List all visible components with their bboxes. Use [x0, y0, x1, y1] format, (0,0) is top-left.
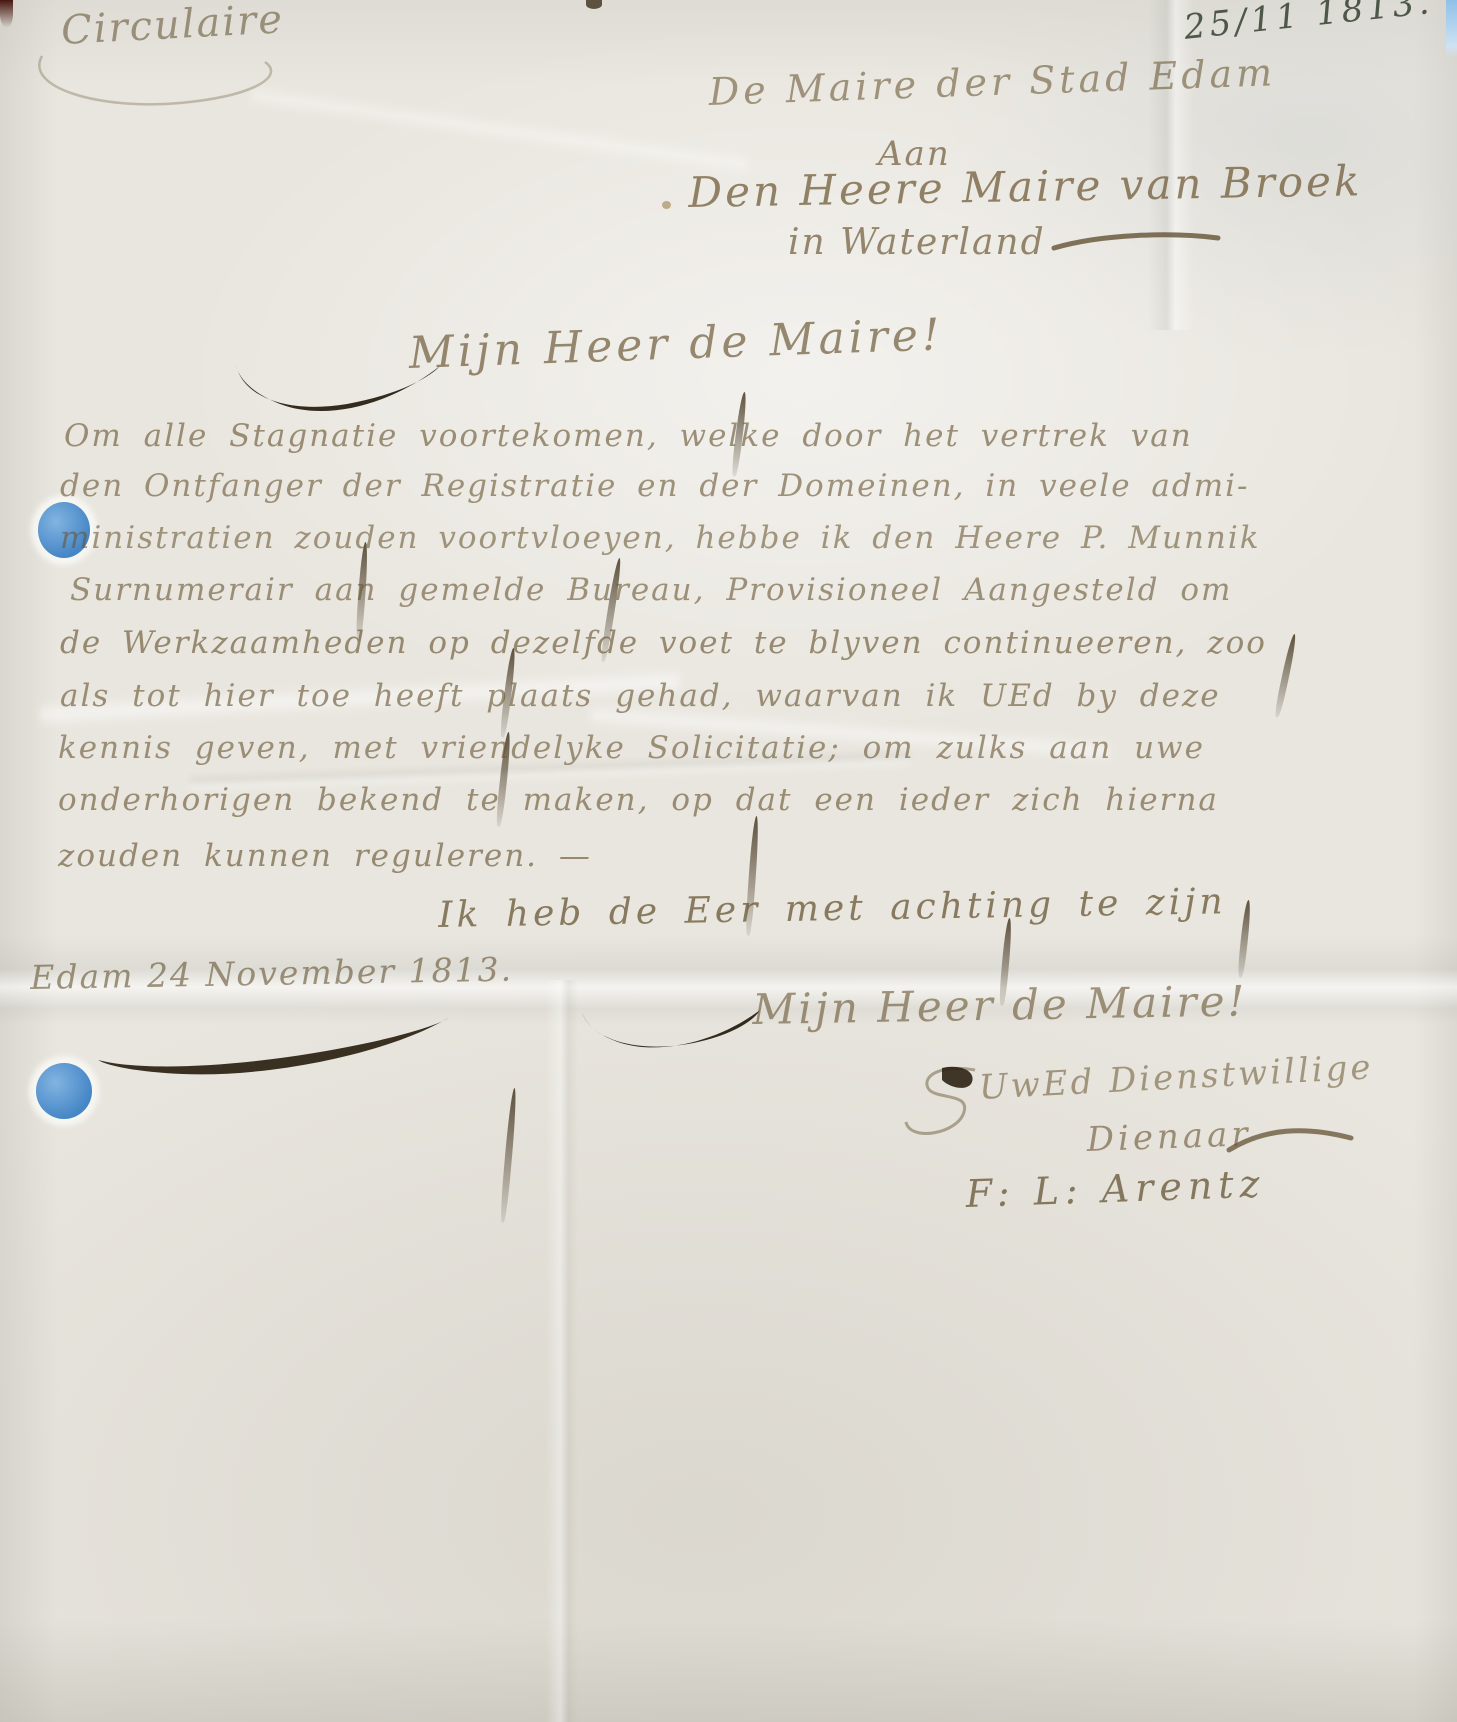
flourish-swash-under-date	[92, 1012, 452, 1077]
body-line-2: den Ontfanger der Registratie en der Dom…	[60, 468, 1250, 504]
body-line-9: zouden kunnen reguleren. —	[58, 838, 592, 874]
corner-mark-top-left	[0, 0, 13, 28]
flourish-oval-circulaire	[30, 48, 290, 118]
letter-page: Circulaire 25/11 1813. De Maire der Stad…	[0, 0, 1457, 1722]
body-line-8: onderhorigen bekend te maken, op dat een…	[58, 782, 1219, 818]
body-line-3: ministratien zouden voortvloeyen, hebbe …	[60, 520, 1261, 556]
salutation: Mijn Heer de Maire!	[408, 309, 944, 379]
ink-stroke	[499, 1088, 518, 1223]
date-stamp: 25/11 1813.	[1182, 0, 1435, 48]
corner-label: Circulaire	[60, 0, 285, 54]
ink-stroke	[1273, 633, 1298, 718]
header-sender-line: De Maire der Stad Edam	[708, 50, 1277, 114]
body-line-6: als tot hier toe heeft plaats gehad, waa…	[60, 678, 1221, 714]
punch-hole-bottom	[36, 1063, 92, 1119]
flourish-dash-waterland	[1052, 228, 1222, 256]
header-recipient-line: Den Heere Maire van Broek	[688, 156, 1363, 217]
closing-place-date: Edam 24 November 1813.	[30, 950, 513, 997]
flourish-swash-address	[578, 998, 763, 1053]
wrinkle-band-4	[251, 85, 749, 174]
header-place-line: in Waterland	[788, 222, 1046, 263]
signature: F: L: Arentz	[965, 1162, 1266, 1216]
fold-vertical-bottom	[546, 980, 578, 1722]
body-line-7: kennis geven, met vriendelyke Solicitati…	[58, 730, 1205, 766]
closing-courtesy-line1: UwEd Dienstwillige	[978, 1047, 1374, 1108]
ink-dot-body	[662, 201, 671, 209]
closing-valediction: Ik heb de Eer met achting te zijn	[438, 881, 1227, 936]
closing-address: Mijn Heer de Maire!	[752, 976, 1248, 1034]
corner-sliver-top-right	[1446, 0, 1457, 58]
body-line-5: de Werkzaamheden op dezelfde voet te bly…	[60, 625, 1267, 661]
ink-stroke	[1237, 900, 1252, 978]
edge-mark-top	[586, 0, 602, 9]
body-line-1: Om alle Stagnatie voortekomen, welke doo…	[64, 418, 1193, 454]
body-line-4: Surnumerair aan gemelde Bureau, Provisio…	[70, 572, 1232, 608]
closing-courtesy-line2: Dienaar	[1086, 1114, 1252, 1160]
